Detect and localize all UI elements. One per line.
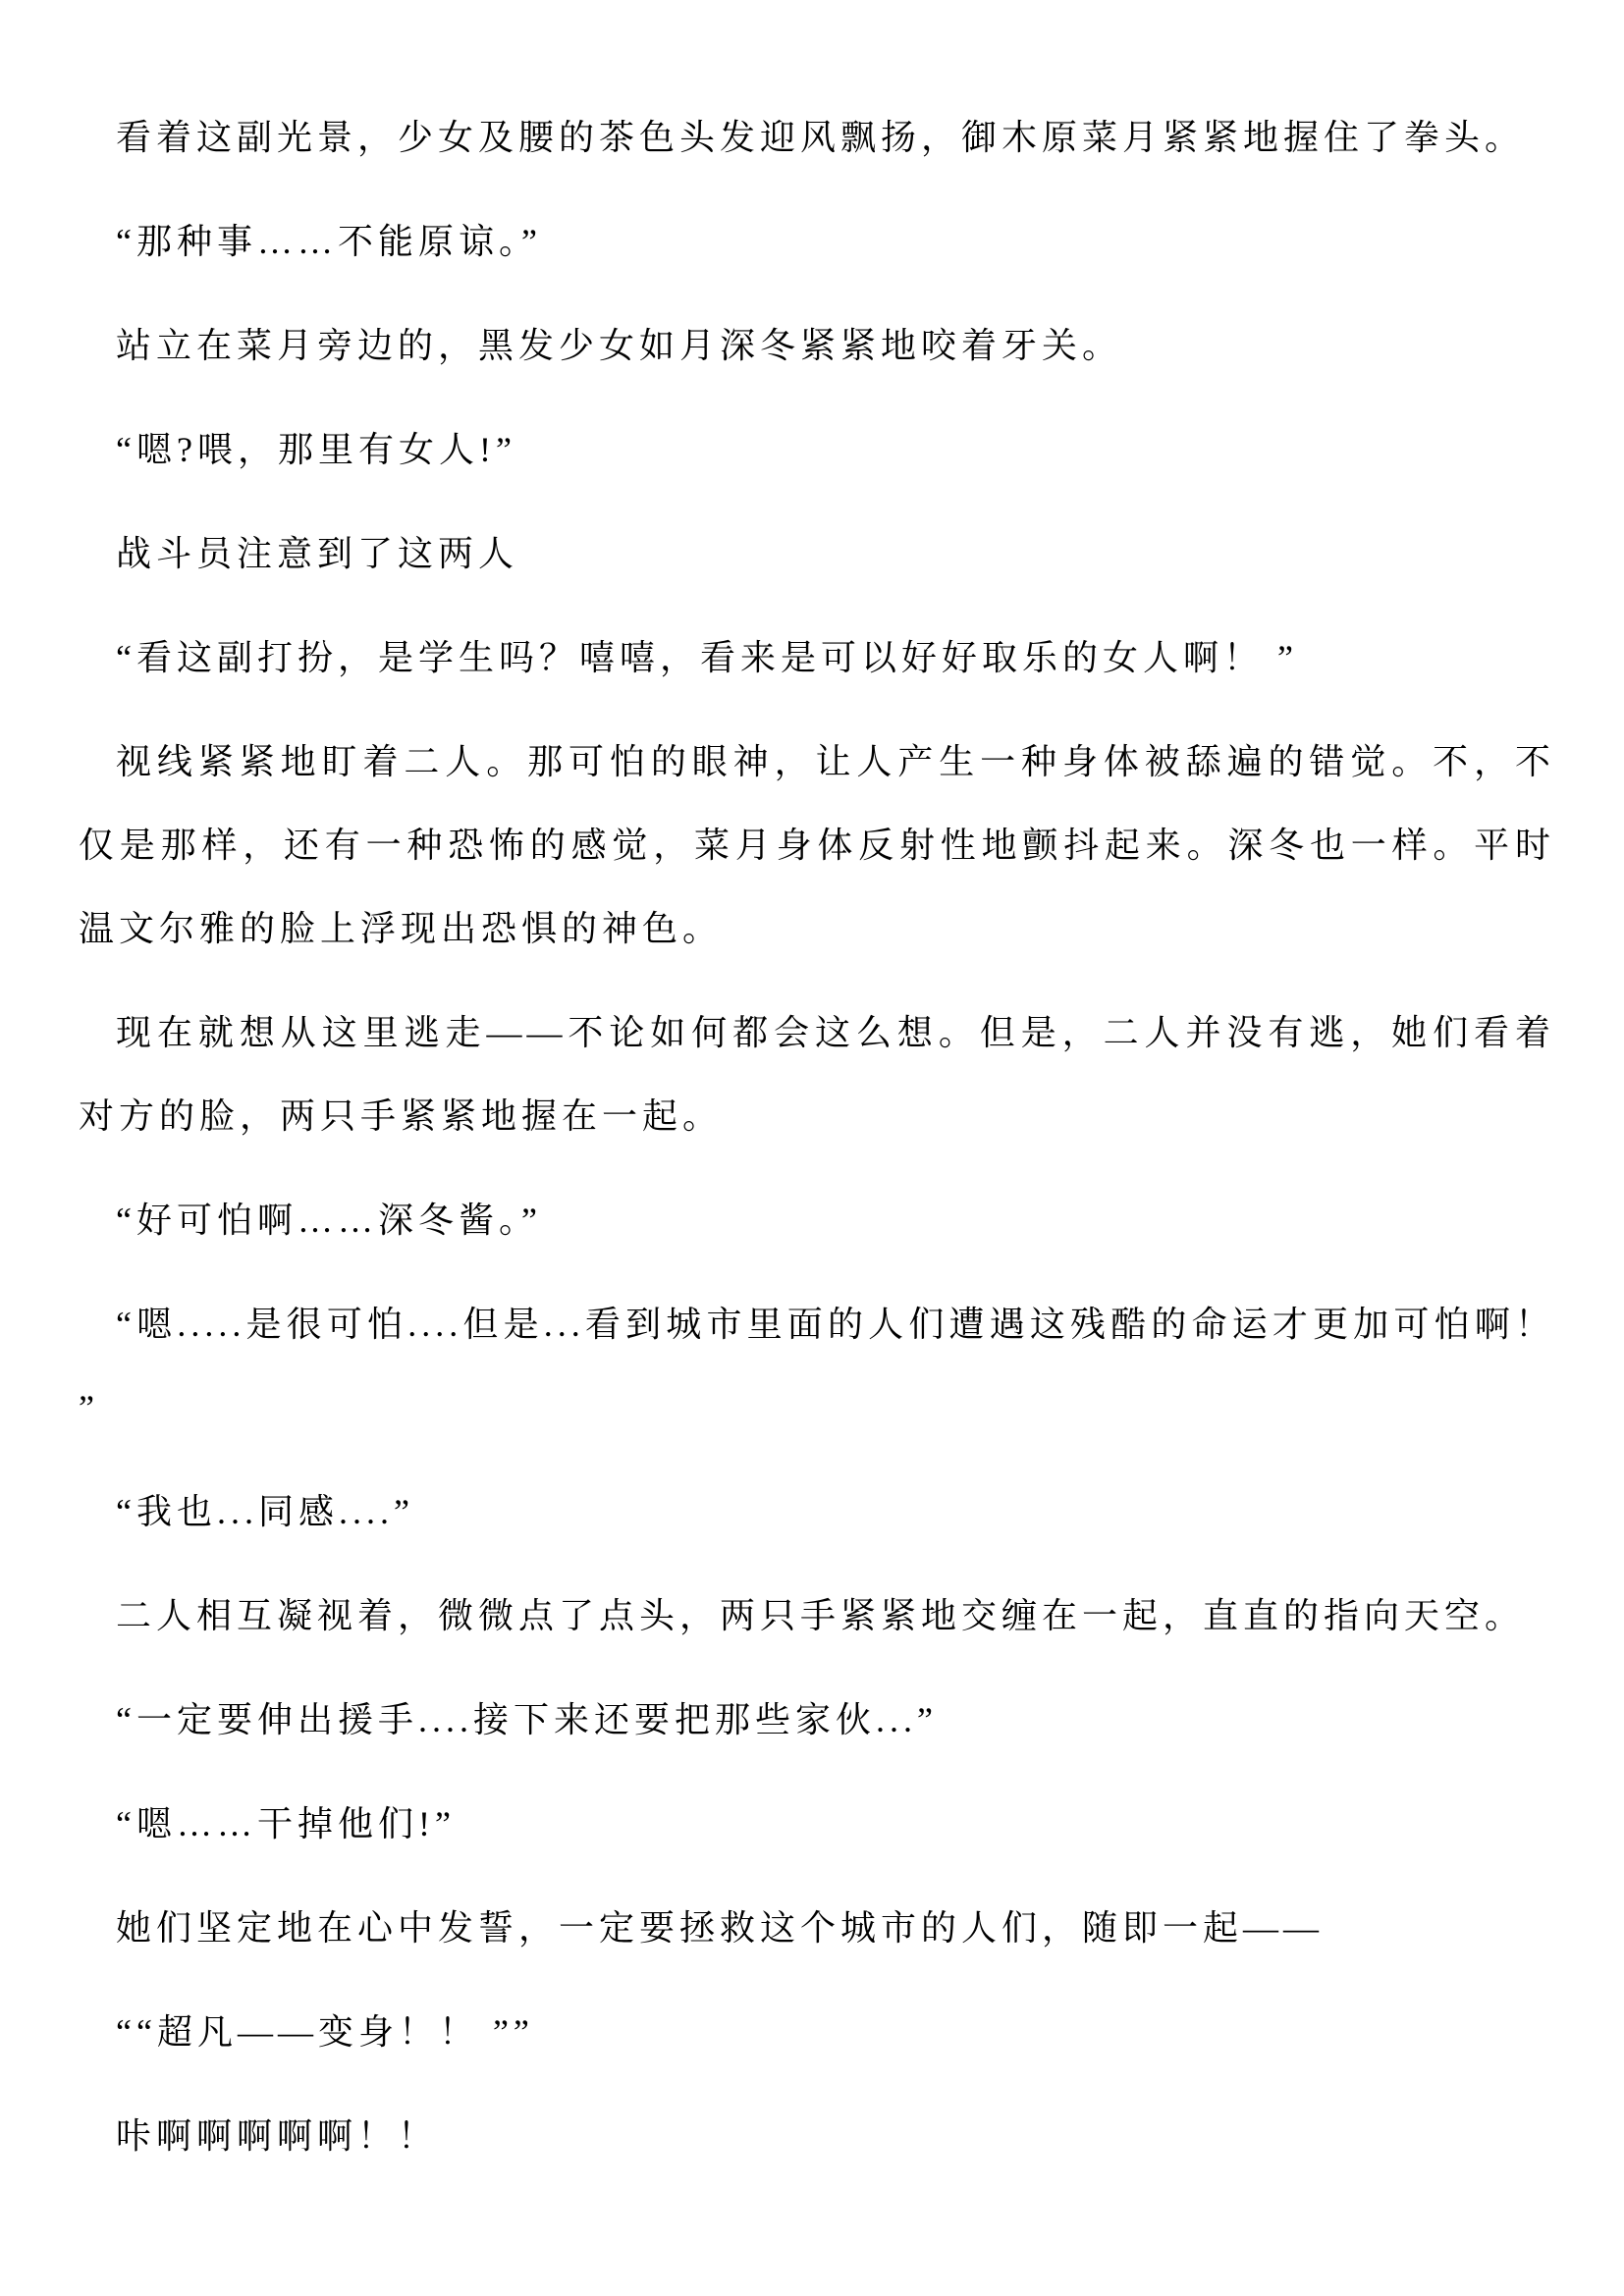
paragraph: “好可怕啊……深冬酱。” — [79, 1179, 1555, 1262]
paragraph: “一定要伸出援手....接下来还要把那些家伙...” — [79, 1679, 1555, 1762]
paragraph: 视线紧紧地盯着二人。那可怕的眼神，让人产生一种身体被舔遍的错觉。不，不仅是那样，… — [79, 721, 1555, 971]
paragraph: 二人相互凝视着，微微点了点头，两只手紧紧地交缠在一起，直直的指向天空。 — [79, 1575, 1555, 1658]
paragraph: “那种事……不能原谅。” — [79, 200, 1555, 284]
paragraph: 战斗员注意到了这两人 — [79, 512, 1555, 596]
paragraph: “看这副打扮，是学生吗？嘻嘻，看来是可以好好取乐的女人啊！ ” — [79, 616, 1555, 700]
paragraph: 她们坚定地在心中发誓，一定要拯救这个城市的人们，随即一起—— — [79, 1887, 1555, 1970]
paragraph: “我也...同感....” — [79, 1470, 1555, 1554]
paragraph: ““超凡——变身！！ ”” — [79, 1991, 1555, 2074]
paragraph: “嗯.....是很可怕....但是...看到城市里面的人们遭遇这残酷的命运才更加… — [79, 1283, 1555, 1450]
paragraph: “嗯?喂，那里有女人!” — [79, 408, 1555, 492]
paragraph: 看着这副光景，少女及腰的茶色头发迎风飘扬，御木原菜月紧紧地握住了拳头。 — [79, 96, 1555, 180]
paragraph: 咔啊啊啊啊啊！！ — [79, 2095, 1555, 2178]
document-page: 看着这副光景，少女及腰的茶色头发迎风飘扬，御木原菜月紧紧地握住了拳头。 “那种事… — [0, 0, 1624, 2296]
paragraph: “嗯……干掉他们!” — [79, 1783, 1555, 1866]
paragraph: 现在就想从这里逃走——不论如何都会这么想。但是，二人并没有逃，她们看着对方的脸，… — [79, 991, 1555, 1158]
paragraph: 站立在菜月旁边的，黑发少女如月深冬紧紧地咬着牙关。 — [79, 304, 1555, 388]
